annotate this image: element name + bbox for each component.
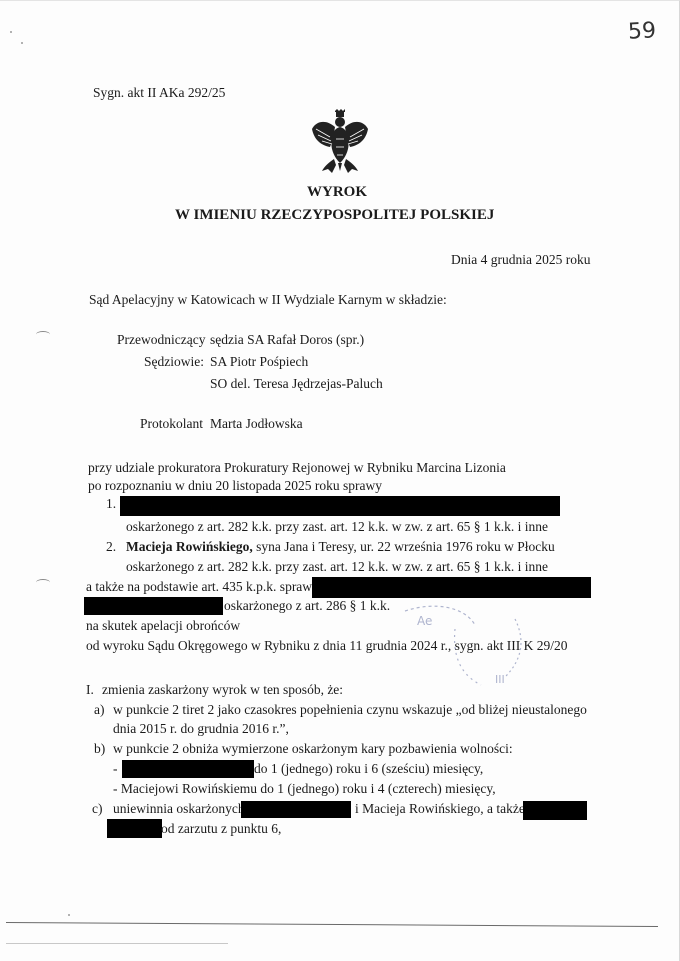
ruling-text: zmienia zaskarżony wyrok w ten sposób, ż… [102, 682, 343, 698]
appeal-line-1: na skutek apelacji obrońców [86, 618, 240, 634]
ruling-a-label: a) [94, 702, 105, 718]
redacted-name [312, 577, 591, 598]
presiding-label: Przewodniczący [117, 332, 205, 348]
ruling-b-line-1: w punkcie 2 obniża wymierzone oskarżonym… [113, 741, 513, 757]
binder-hole-mark [36, 331, 50, 338]
case-signature: Sygn. akt II AKa 292/25 [93, 85, 225, 101]
redacted-name [84, 597, 223, 615]
court-stamp-icon: Ae III [395, 599, 545, 691]
defendant-2-details: syna Jana i Teresy, ur. 22 września 1976… [256, 539, 555, 554]
court-composition: Sąd Apelacyjny w Katowicach w II Wydzial… [89, 292, 447, 308]
page-edge-line [6, 922, 658, 927]
ruling-b-dash: - [113, 761, 118, 777]
ruling-c-line-1b: i Macieja Rowińskiego, a także [355, 801, 525, 817]
ruling-b-sentence-2: - Maciejowi Rowińskiemu do 1 (jednego) r… [113, 781, 496, 797]
scan-speck [21, 42, 23, 44]
svg-text:Ae: Ae [417, 614, 432, 628]
presiding-judge: sędzia SA Rafał Doros (spr.) [210, 332, 364, 348]
hearing-line: po rozpoznaniu w dniu 20 listopada 2025 … [88, 478, 382, 494]
judge-1: SA Piotr Pośpiech [210, 354, 308, 370]
judge-2: SO del. Teresa Jędrzejas-Paluch [210, 376, 383, 392]
defendant-1-charge: oskarżonego z art. 282 k.k. przy zast. a… [126, 519, 548, 535]
document-page: 59 Sygn. akt II AKa 292/25 WYROK W IMIEN… [0, 0, 680, 961]
redacted-name [523, 801, 587, 820]
clerk-label: Protokolant [140, 416, 203, 432]
document-subtitle: W IMIENIU RZECZYPOSPOLITEJ POLSKIEJ [175, 207, 494, 223]
defendant-2: Macieja Rowińskiego, syna Jana i Teresy,… [126, 539, 555, 555]
scan-speck [68, 914, 70, 916]
ruling-c-line-2: od zarzutu z punktu 6, [161, 821, 281, 837]
polish-eagle-emblem-icon [310, 109, 370, 175]
ruling-c-line-1a: uniewinnia oskarżonych [113, 801, 245, 817]
judges-label: Sędziowie: [144, 354, 204, 370]
redacted-name [120, 496, 560, 516]
judgment-date: Dnia 4 grudnia 2025 roku [451, 252, 590, 268]
document-title: WYROK [307, 184, 367, 200]
additional-case-line: a także na podstawie art. 435 k.p.k. spr… [86, 579, 319, 595]
defendant-2-charge: oskarżonego z art. 282 k.k. przy zast. a… [126, 559, 548, 575]
page-edge-line [6, 943, 228, 944]
ruling-a-line-2: dnia 2015 r. do grudnia 2016 r.”, [113, 721, 289, 737]
ruling-b-label: b) [94, 741, 105, 757]
defendant-1-number: 1. [106, 496, 116, 512]
redacted-name [122, 760, 254, 778]
redacted-name [107, 819, 162, 838]
defendant-2-name: Macieja Rowińskiego, [126, 539, 253, 554]
ruling-numeral: I. [86, 682, 94, 698]
svg-text:III: III [495, 673, 505, 686]
defendant-2-number: 2. [106, 539, 116, 555]
redacted-name [241, 801, 351, 818]
binder-hole-mark [36, 579, 50, 586]
page-number: 59 [627, 18, 656, 44]
prosecutor-line: przy udziale prokuratora Prokuratury Rej… [88, 460, 506, 476]
scan-speck [10, 31, 12, 33]
clerk-name: Marta Jodłowska [210, 416, 303, 432]
additional-charge: oskarżonego z art. 286 § 1 k.k. [224, 598, 390, 614]
ruling-c-label: c) [92, 801, 103, 817]
ruling-a-line-1: w punkcie 2 tiret 2 jako czasokres popeł… [113, 702, 587, 718]
ruling-b-sentence-1: do 1 (jednego) roku i 6 (sześciu) miesię… [254, 761, 483, 777]
